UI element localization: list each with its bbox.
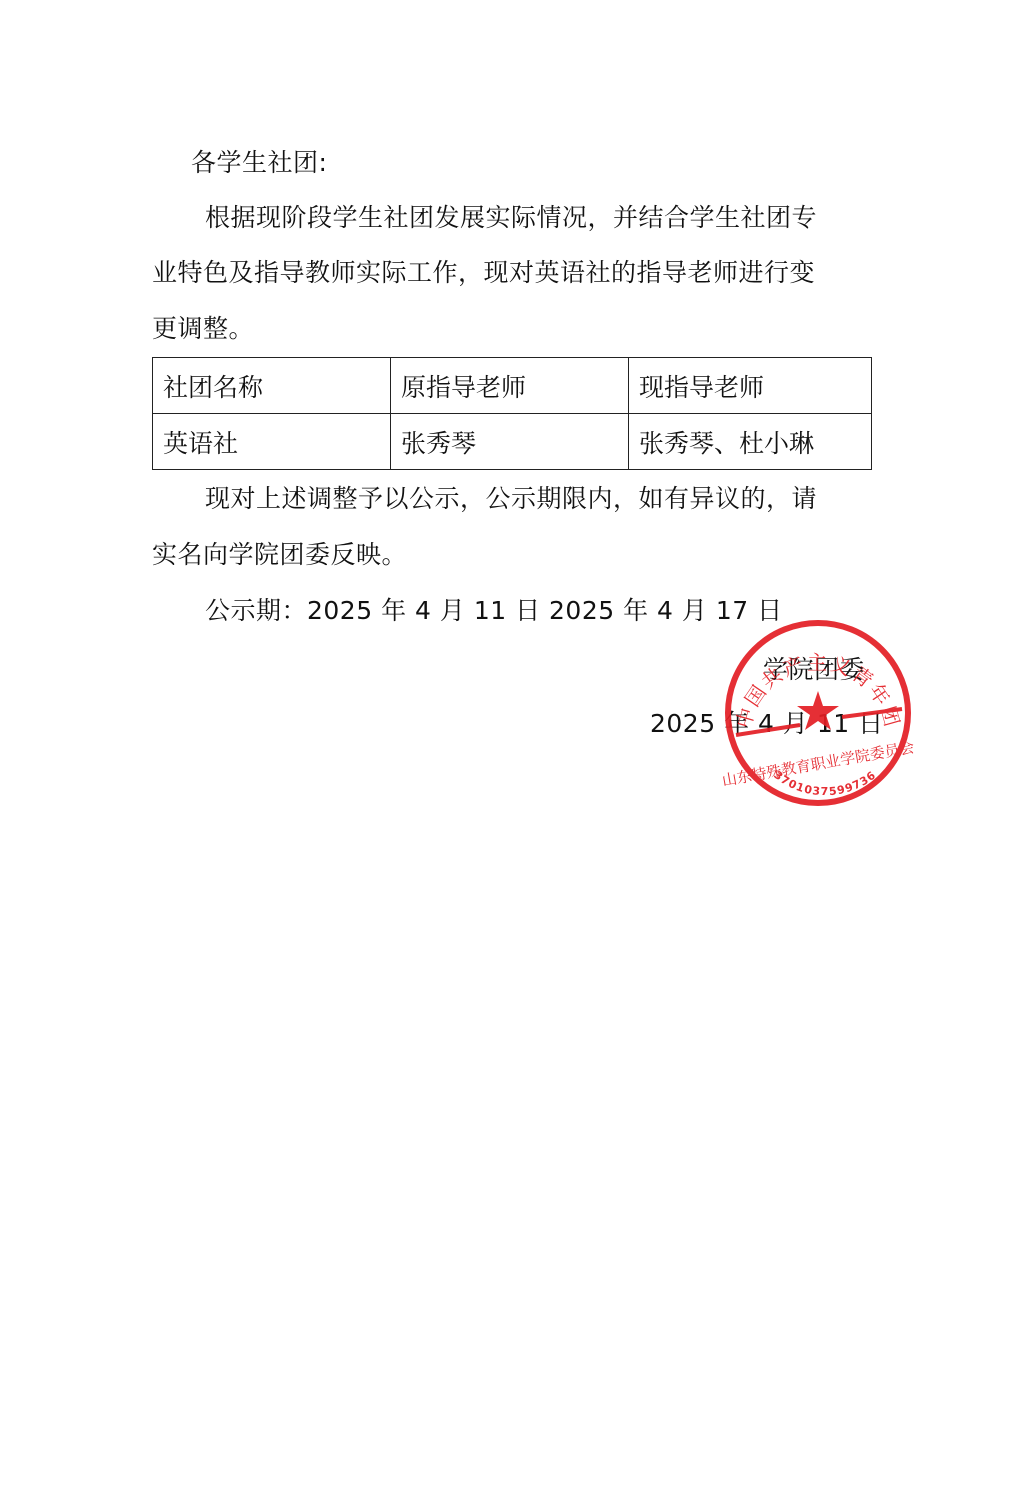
publicity-period: 公示期：2025 年 4 月 11 日 2025 年 4 月 17 日 — [205, 594, 783, 628]
salutation: 各学生社团: — [191, 146, 327, 180]
paragraph1-line3: 更调整。 — [152, 312, 254, 346]
cell-current-advisor: 张秀琴、杜小琳 — [629, 414, 872, 470]
stamp-code: 3701037599736 — [771, 768, 878, 798]
cell-club-name: 英语社 — [153, 414, 391, 470]
header-club-name: 社团名称 — [153, 358, 391, 414]
advisor-change-table: 社团名称 原指导老师 现指导老师 英语社 张秀琴 张秀琴、杜小琳 — [152, 357, 872, 470]
paragraph2-line2: 实名向学院团委反映。 — [152, 538, 407, 572]
paragraph2-line1: 现对上述调整予以公示，公示期限内，如有异议的，请 — [205, 482, 817, 516]
svg-text:3701037599736: 3701037599736 — [771, 768, 878, 798]
header-current-advisor: 现指导老师 — [629, 358, 872, 414]
stamp-bottom-text: 山东特殊教育职业学院委员会 — [722, 738, 914, 790]
document-page: 各学生社团: 根据现阶段学生社团发展实际情况，并结合学生社团专 业特色及指导教师… — [0, 0, 1024, 1489]
paragraph1-line1: 根据现阶段学生社团发展实际情况，并结合学生社团专 — [205, 201, 817, 235]
signature-date: 2025 年 4 月 11 日 — [650, 707, 884, 741]
cell-original-advisor: 张秀琴 — [391, 414, 629, 470]
header-original-advisor: 原指导老师 — [391, 358, 629, 414]
table-header-row: 社团名称 原指导老师 现指导老师 — [153, 358, 872, 414]
table-row: 英语社 张秀琴 张秀琴、杜小琳 — [153, 414, 872, 470]
paragraph1-line2: 业特色及指导教师实际工作，现对英语社的指导老师进行变 — [152, 256, 815, 290]
signature-organization: 学院团委 — [763, 653, 865, 687]
